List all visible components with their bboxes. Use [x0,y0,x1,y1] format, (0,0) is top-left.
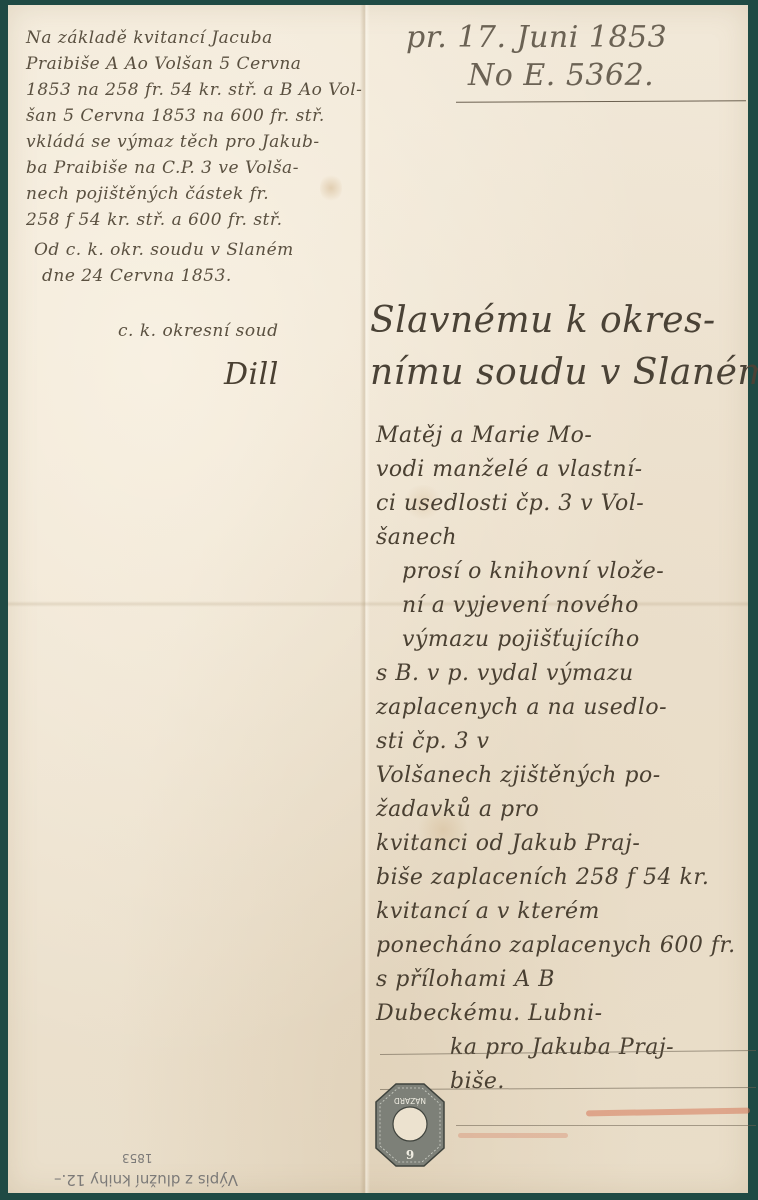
petition-line: ka pro Jakuba Praj- [376,1031,736,1065]
place-line: Od c. k. okr. soudu v Slaném [34,237,294,263]
petition-line: ní a vyjevení nového [376,589,736,623]
resolution-line: nech pojištěných částek fr. [26,181,362,207]
petition-line: sti čp. 3 v [376,725,736,759]
petition-line: ci usedlosti čp. 3 v Vol- [376,487,736,521]
petition-line: kvitancí a v kterém [376,895,736,929]
resolution-line: ba Praibiše na C.P. 3 ve Volša- [26,155,362,181]
petition-line: Dubeckému. Lubni- [376,997,736,1031]
red-pencil-mark [458,1133,568,1138]
underline [456,1125,756,1126]
petition-line: zaplacenych a na usedlo- [376,691,736,725]
place-date: Od c. k. okr. soudu v Slaném dne 24 Cerv… [34,237,294,289]
archive-pencil-note: Výpis z dlužní knihy 12.– [54,1171,238,1189]
registry-number: No E. 5362. [468,57,654,95]
date-line: dne 24 Cervna 1853. [34,263,294,289]
court-label: c. k. okresní soud [118,321,278,341]
petition-line: s B. v p. vydal výmazu [376,657,736,691]
tax-stamp: NÁZARD 9 [374,1082,446,1168]
petition-line: ponecháno zaplacenych 600 fr. [376,929,736,963]
petition-line: Volšanech zjištěných po- [376,759,736,793]
red-pencil-mark [586,1108,750,1117]
petition-line: šanech [376,521,736,555]
petition-line: žadavků a pro [376,793,736,827]
address-line: nímu soudu v Slaném! [370,347,758,399]
petition-line: Matěj a Marie Mo- [376,419,736,453]
paper-sheet: Na základě kvitancí Jacuba Praibiše A Ao… [8,5,748,1193]
petition-address: Slavnému k okres- nímu soudu v Slaném! [370,295,758,399]
petition-line: prosí o knihovní vlože- [376,555,736,589]
resolution-line: 1853 na 258 fr. 54 kr. stř. a B Ao Vol- [26,77,362,103]
judge-signature: Dill [224,357,279,392]
resolution-line: Praibiše A Ao Volšan 5 Cervna [26,51,362,77]
stamp-value: 9 [406,1148,414,1162]
petition-line: s přílohami A B [376,963,736,997]
document-scan: Na základě kvitancí Jacuba Praibiše A Ao… [0,0,758,1200]
petition-line: kvitanci od Jakub Praj- [376,827,736,861]
petition-line: biše zaplaceních 258 f 54 kr. [376,861,736,895]
header-rule [456,100,746,103]
archive-pencil-year: 1853 [122,1151,153,1165]
resolution-line: Na základě kvitancí Jacuba [26,25,362,51]
resolution-line: vkládá se výmaz těch pro Jakub- [26,129,362,155]
stamp-label: NÁZARD [394,1096,426,1105]
resolution-line: šan 5 Cervna 1853 na 600 fr. stř. [26,103,362,129]
petition-body: Matěj a Marie Mo- vodi manželé a vlastní… [376,419,736,1099]
received-note: pr. 17. Juni 1853 [406,19,667,57]
petition-line: výmazu pojišťujícího [376,623,736,657]
resolution-line: 258 f 54 kr. stř. a 600 fr. stř. [26,207,362,233]
address-line: Slavnému k okres- [370,295,758,347]
petition-line: vodi manželé a vlastní- [376,453,736,487]
court-resolution: Na základě kvitancí Jacuba Praibiše A Ao… [26,25,362,233]
